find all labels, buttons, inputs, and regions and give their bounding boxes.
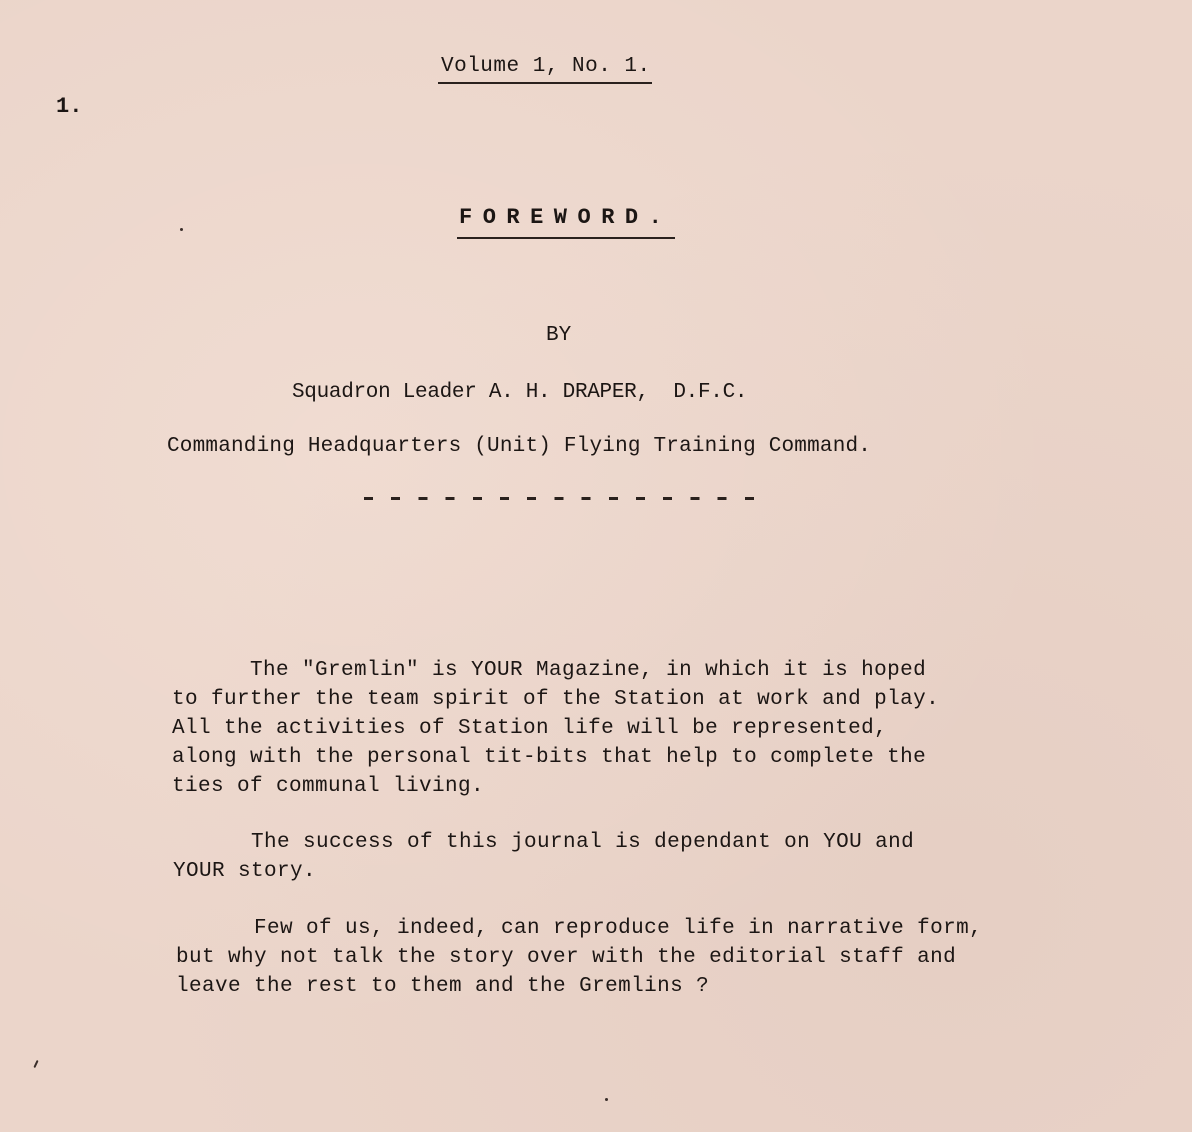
paragraph-line: The "Gremlin" is YOUR Magazine, in which… bbox=[172, 656, 939, 685]
author-name: Squadron Leader A. H. DRAPER, D.F.C. bbox=[292, 381, 747, 404]
paragraph-line: to further the team spirit of the Statio… bbox=[172, 685, 939, 714]
paragraph-2: The success of this journal is dependant… bbox=[173, 828, 914, 886]
paragraph-line: leave the rest to them and the Gremlins … bbox=[176, 972, 982, 1001]
paragraph-1: The "Gremlin" is YOUR Magazine, in which… bbox=[172, 656, 939, 801]
paragraph-3: Few of us, indeed, can reproduce life in… bbox=[176, 914, 982, 1001]
volume-heading: Volume 1, No. 1. bbox=[441, 55, 651, 78]
paper-speck bbox=[33, 1060, 38, 1068]
dashed-divider bbox=[364, 497, 772, 500]
by-label: BY bbox=[546, 324, 571, 347]
paragraph-line: ties of communal living. bbox=[172, 772, 939, 801]
paragraph-line: Few of us, indeed, can reproduce life in… bbox=[176, 914, 982, 943]
paragraph-line: but why not talk the story over with the… bbox=[176, 943, 982, 972]
paragraph-line: YOUR story. bbox=[173, 857, 914, 886]
paragraph-line: The success of this journal is dependant… bbox=[173, 828, 914, 857]
paper-speck bbox=[605, 1098, 608, 1101]
volume-underline bbox=[438, 82, 652, 84]
title-underline bbox=[457, 237, 675, 239]
document-page: 1. Volume 1, No. 1. FOREWORD. BY Squadro… bbox=[0, 0, 1192, 1132]
page-title: FOREWORD. bbox=[459, 205, 672, 230]
paragraph-line: All the activities of Station life will … bbox=[172, 714, 939, 743]
page-number: 1. bbox=[56, 94, 82, 119]
paper-speck bbox=[180, 228, 183, 231]
author-title: Commanding Headquarters (Unit) Flying Tr… bbox=[167, 435, 871, 458]
paragraph-line: along with the personal tit-bits that he… bbox=[172, 743, 939, 772]
